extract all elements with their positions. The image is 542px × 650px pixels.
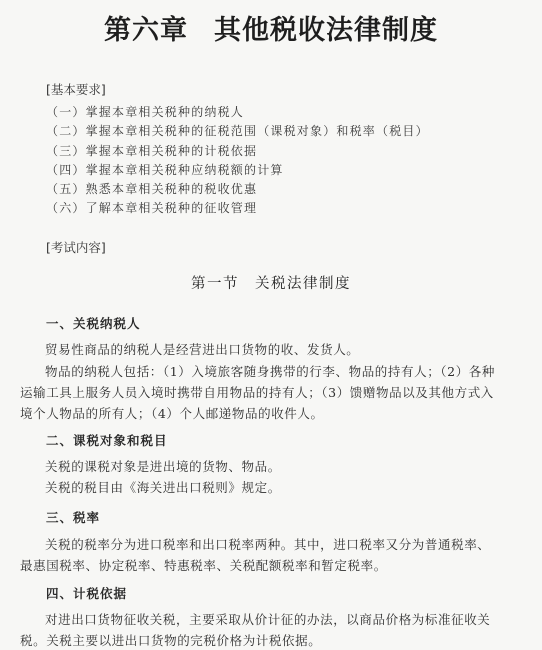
- requirement-item: （六）了解本章相关税种的征收管理: [46, 199, 429, 218]
- section-name: 关税法律制度: [255, 276, 351, 292]
- paragraph: 对进出口货物征收关税，主要采取从价计征的办法，以商品价格为标准征收关税。关税主要…: [20, 609, 502, 650]
- section-title: 第一节关税法律制度: [0, 272, 542, 293]
- requirement-item: （二）掌握本章相关税种的征税范围（课税对象）和税率（税目）: [46, 122, 429, 141]
- paragraph: 关税的税目由《海关进出口税则》规定。: [20, 477, 502, 498]
- chapter-title: 第六章其他税收法律制度: [0, 8, 542, 47]
- requirements-list: （一）掌握本章相关税种的纳税人 （二）掌握本章相关税种的征税范围（课税对象）和税…: [46, 103, 429, 219]
- chapter-number: 第六章: [104, 15, 188, 46]
- document-page: 第六章其他税收法律制度 [基本要求] （一）掌握本章相关税种的纳税人 （二）掌握…: [0, 0, 542, 650]
- basic-requirements-heading: [基本要求]: [46, 80, 106, 98]
- requirement-item: （一）掌握本章相关税种的纳税人: [46, 103, 429, 122]
- paragraph: 关税的税率分为进口税率和出口税率两种。其中，进口税率又分为普通税率、最惠国税率、…: [20, 534, 502, 576]
- section-number: 第一节: [191, 276, 239, 292]
- subsection-heading: 四、计税依据: [46, 584, 127, 602]
- requirement-item: （四）掌握本章相关税种应纳税额的计算: [46, 161, 429, 180]
- chapter-name: 其他税收法律制度: [214, 15, 438, 46]
- requirement-item: （三）掌握本章相关税种的计税依据: [46, 142, 429, 161]
- paragraph: 关税的课税对象是进出境的货物、物品。: [20, 456, 502, 477]
- requirement-item: （五）熟悉本章相关税种的税收优惠: [46, 180, 429, 199]
- subsection-heading: 一、关税纳税人: [46, 314, 141, 332]
- exam-content-heading: [考试内容]: [46, 238, 106, 256]
- subsection-heading: 三、税率: [46, 508, 100, 526]
- paragraph: 贸易性商品的纳税人是经营进出口货物的收、发货人。: [20, 339, 502, 360]
- paragraph: 物品的纳税人包括：（1）入境旅客随身携带的行李、物品的持有人；（2）各种运输工具…: [20, 361, 502, 424]
- subsection-heading: 二、课税对象和税目: [46, 431, 168, 449]
